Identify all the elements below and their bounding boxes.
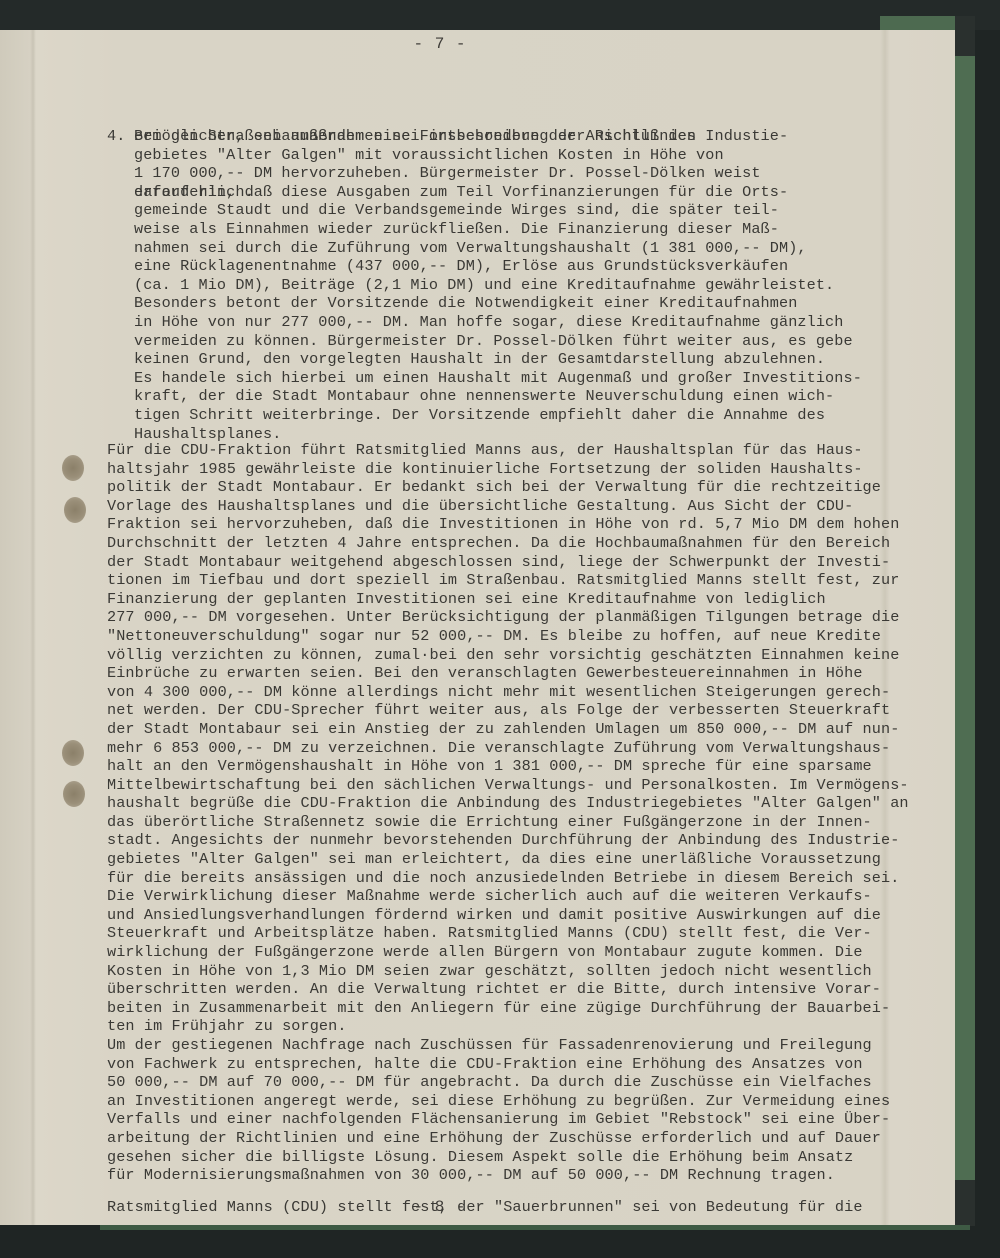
text-line: kraft, der die Stadt Montabaur ohne nenn… [134,387,862,406]
text-line: ten im Frühjahr zu sorgen. [107,1017,909,1036]
item4-text: Bei den Straßenbaumaßnahmen sei insbeson… [134,127,862,443]
text-line: Finanzierung der geplanten Investitionen… [107,590,909,609]
text-line: arbeitung der Richtlinien und eine Erhöh… [107,1129,909,1148]
text-line: Es handele sich hierbei um einen Haushal… [134,369,862,388]
text-line: keinen Grund, den vorgelegten Haushalt i… [134,350,862,369]
text-line: 1 170 000,-- DM hervorzuheben. Bürgermei… [134,164,862,183]
text-line: nahmen sei durch die Zuführung vom Verwa… [134,239,862,258]
text-line: für die bereits ansässigen und die noch … [107,869,909,888]
text-line: der Stadt Montabaur weitgehend abgeschlo… [107,553,909,572]
text-line: überschritten werden. An die Verwaltung … [107,980,909,999]
text-line: Verfalls und einer nachfolgenden Flächen… [107,1110,909,1129]
text-line: Einbrüche zu erwarten seien. Bei den ver… [107,664,909,683]
text-line: und Ansiedlungsverhandlungen fördernd wi… [107,906,909,925]
text-line: Fraktion sei hervorzuheben, daß die Inve… [107,515,909,534]
text-line: Die Verwirklichung dieser Maßnahme werde… [107,887,909,906]
punch-hole [64,497,86,523]
text-line: beiten in Zusammenarbeit mit den Anliege… [107,999,909,1018]
text-line: Durchschnitt der letzten 4 Jahre entspre… [107,534,909,553]
text-line: gemeinde Staudt und die Verbandsgemeinde… [134,201,862,220]
text-line: mehr 6 853 000,-- DM zu verzeichnen. Die… [107,739,909,758]
text-line: politik der Stadt Montabaur. Er bedankt … [107,478,909,497]
binder-corner-bottom [955,1180,975,1226]
page-number-top: - 7 - [0,35,880,53]
text-line: darauf hin, daß diese Ausgaben zum Teil … [134,183,862,202]
document-page: - 7 - ermöglichen, sei außerdem eine For… [0,30,955,1225]
text-line: Besonders betont der Vorsitzende die Not… [134,294,862,313]
text-line: halt an den Vermögenshaushalt in Höhe vo… [107,757,909,776]
text-line: haltsjahr 1985 gewährleiste die kontinui… [107,460,909,479]
text-line: von Fachwerk zu entsprechen, halte die C… [107,1055,909,1074]
text-line: völlig verzichten zu können, zumal·bei d… [107,646,909,665]
text-line: haushalt begrüße die CDU-Fraktion die An… [107,794,909,813]
text-line: (ca. 1 Mio DM), Beiträge (2,1 Mio DM) un… [134,276,862,295]
text-line: stadt. Angesichts der nunmehr bevorstehe… [107,831,909,850]
binder-corner-top [955,16,975,56]
punch-hole [63,781,85,807]
scan-background-top [0,0,1000,30]
text-line: Mittelbewirtschaftung bei den sächlichen… [107,776,909,795]
text-line: tigen Schritt weiterbringe. Der Vorsitze… [134,406,862,425]
text-line: Bei den Straßenbaumaßnahmen sei insbeson… [134,127,862,146]
text-line: 50 000,-- DM auf 70 000,-- DM für angebr… [107,1073,909,1092]
text-line: eine Rücklagenentnahme (437 000,-- DM), … [134,257,862,276]
text-line: vermeiden zu können. Bürgermeister Dr. P… [134,332,862,351]
text-line: in Höhe von nur 277 000,-- DM. Man hoffe… [134,313,862,332]
text-line: Kosten in Höhe von 1,3 Mio DM seien zwar… [107,962,909,981]
text-line: an Investitionen angeregt werde, sei die… [107,1092,909,1111]
item4-marker: 4. [107,127,125,146]
text-line: gebietes "Alter Galgen" sei man erleicht… [107,850,909,869]
page-number-bottom: - 8 - [0,1198,880,1216]
binder-edge-right [955,16,975,1226]
text-line: 277 000,-- DM vorgesehen. Unter Berücksi… [107,608,909,627]
text-line: Steuerkraft und Arbeitsplätze haben. Rat… [107,924,909,943]
text-line: von 4 300 000,-- DM könne allerdings nic… [107,683,909,702]
text-line: net werden. Der CDU-Sprecher führt weite… [107,701,909,720]
text-line: Für die CDU-Fraktion führt Ratsmitglied … [107,441,909,460]
text-line: der Stadt Montabaur sei ein Anstieg der … [107,720,909,739]
text-line: gebietes "Alter Galgen" mit voraussichtl… [134,146,862,165]
cdu-paragraph: Für die CDU-Fraktion führt Ratsmitglied … [107,441,909,1185]
punch-hole [62,740,84,766]
text-line: das überörtliche Straßennetz sowie die E… [107,813,909,832]
text-line: "Nettoneuverschuldung" sogar nur 52 000,… [107,627,909,646]
text-line: wirklichung der Fußgängerzone werde alle… [107,943,909,962]
text-line: Um der gestiegenen Nachfrage nach Zuschü… [107,1036,909,1055]
text-line: tionen im Tiefbau und dort speziell im S… [107,571,909,590]
punch-hole [62,455,84,481]
text-line: Vorlage des Haushaltsplanes und die über… [107,497,909,516]
text-line: weise als Einnahmen wieder zurückfließen… [134,220,862,239]
